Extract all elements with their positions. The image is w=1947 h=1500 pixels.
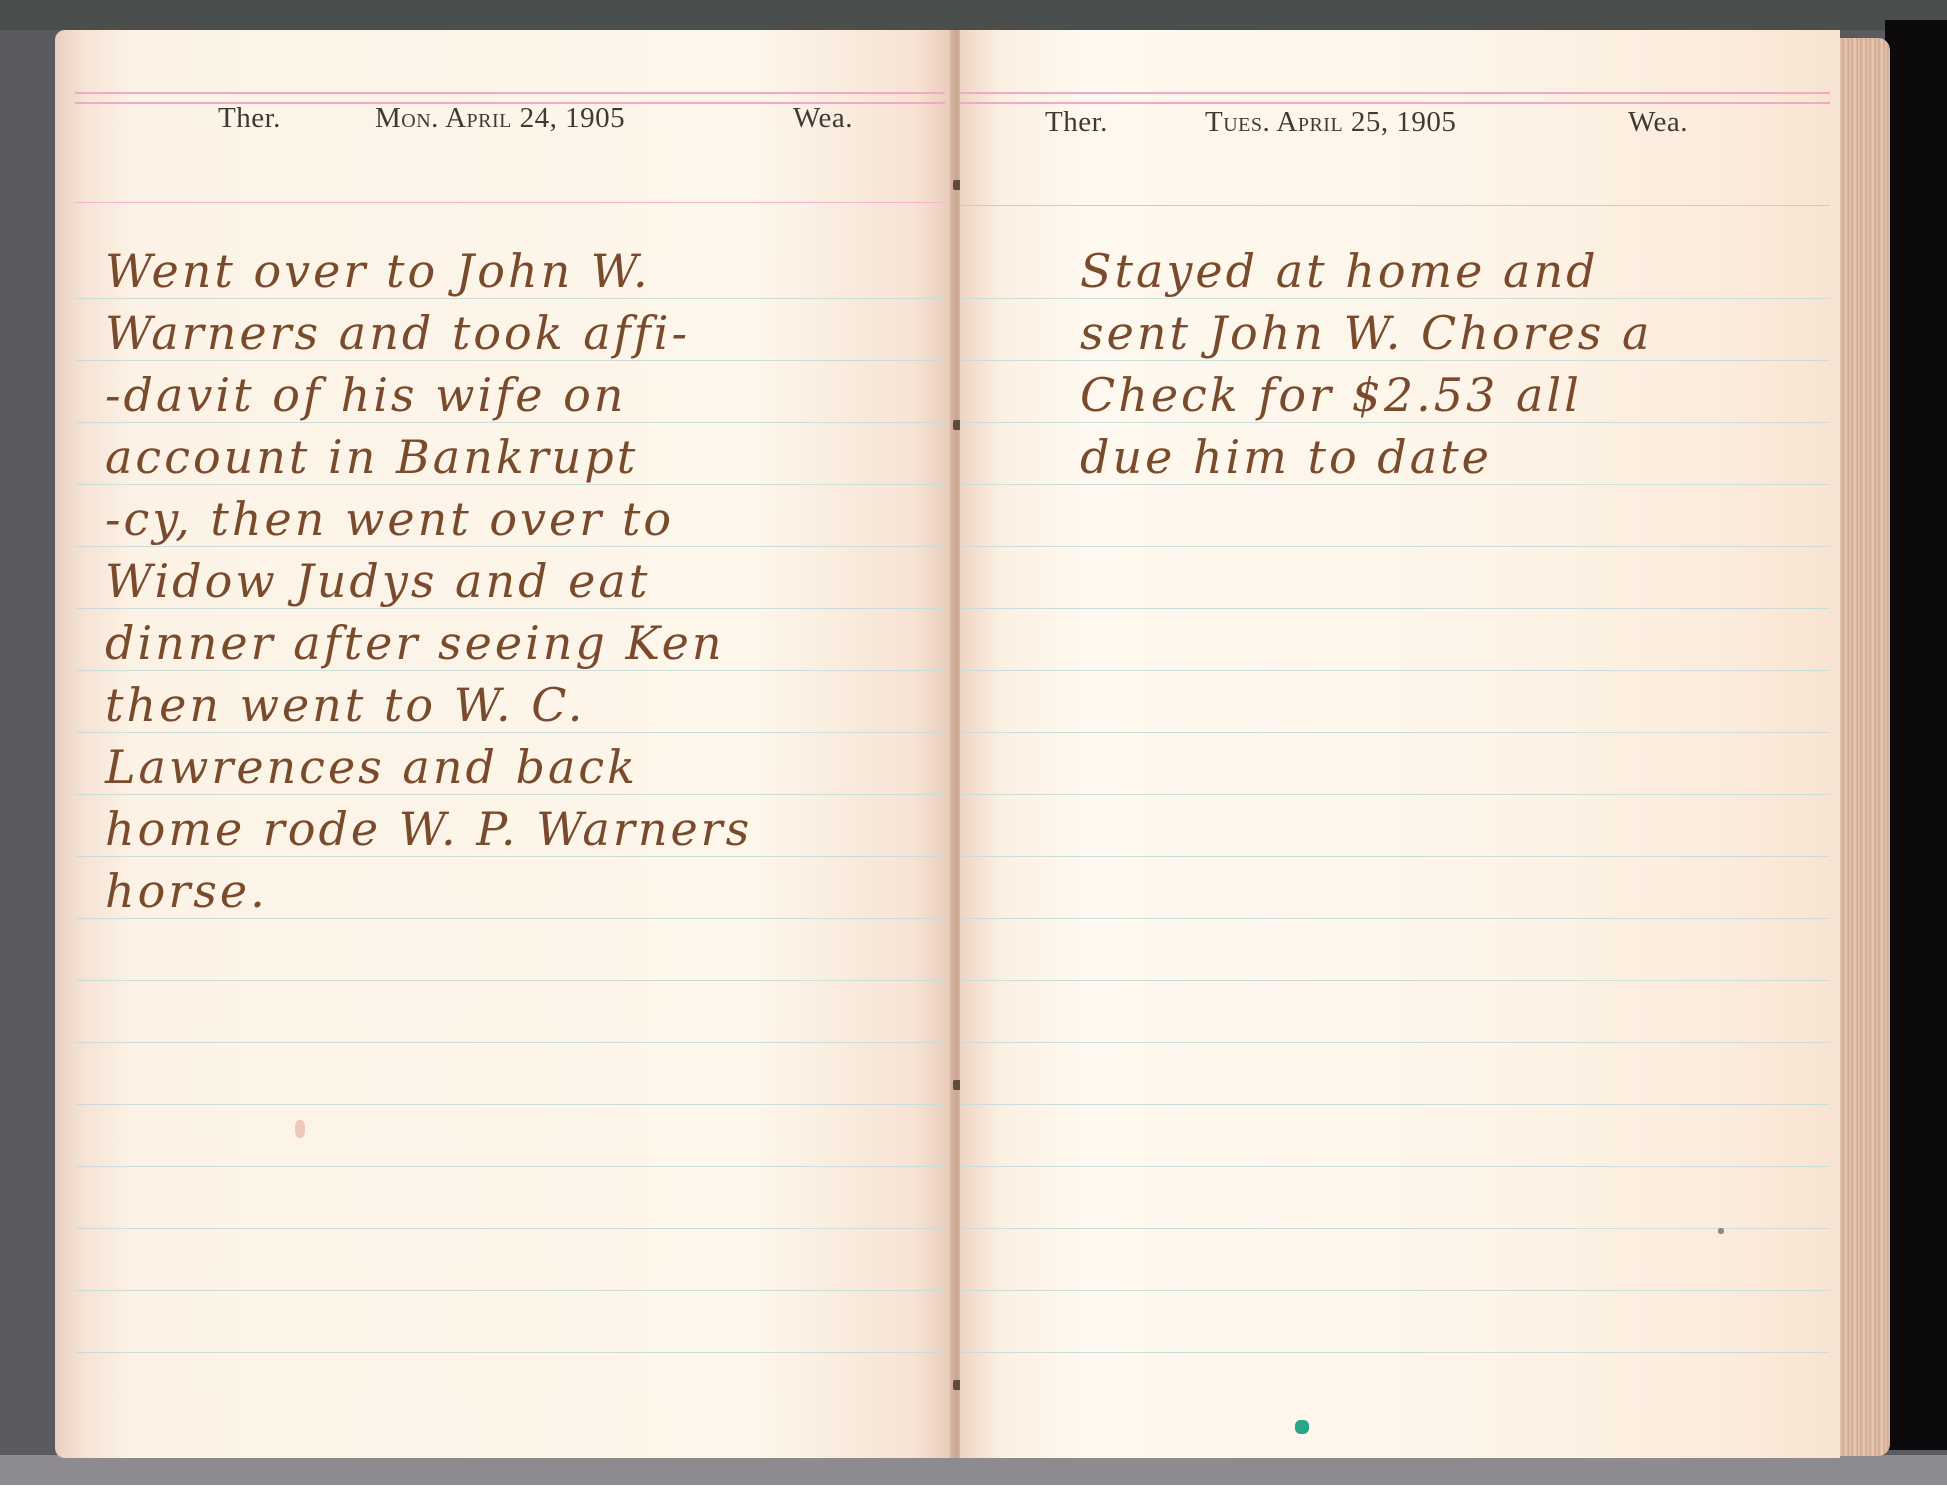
- ruled-line: [960, 1228, 1830, 1229]
- right-handwritten-entry: Stayed at home andsent John W. Chores aC…: [1080, 240, 1652, 488]
- ruled-line: [75, 1166, 945, 1167]
- background-top-edge: [0, 0, 1947, 30]
- weather-label: Wea.: [793, 102, 853, 135]
- entry-line: horse.: [105, 860, 752, 922]
- entry-line: Widow Judys and eat: [105, 550, 752, 612]
- ruled-line: [960, 1104, 1830, 1105]
- ruled-line: [75, 1104, 945, 1105]
- ruled-line: [960, 856, 1830, 857]
- entry-line: account in Bankrupt: [105, 426, 752, 488]
- page-edges: [1840, 38, 1890, 1456]
- ruled-line: [960, 1042, 1830, 1043]
- ruled-line: [75, 1352, 945, 1353]
- left-handwritten-entry: Went over to John W.Warners and took aff…: [105, 240, 752, 922]
- ruled-line: [960, 1166, 1830, 1167]
- ruled-line: [960, 1290, 1830, 1291]
- entry-line: dinner after seeing Ken: [105, 612, 752, 674]
- green-paper-speck: [1295, 1420, 1309, 1434]
- ruled-line: [960, 1352, 1830, 1353]
- entry-line: then went to W. C.: [105, 674, 752, 736]
- paper-speck: [1718, 1228, 1724, 1234]
- ruled-line: [75, 980, 945, 981]
- entry-line: sent John W. Chores a: [1080, 302, 1652, 364]
- ruled-line: [75, 1228, 945, 1229]
- top-double-rule-1: [75, 92, 945, 94]
- ruled-line: [960, 732, 1830, 733]
- entry-line: Lawrences and back: [105, 736, 752, 798]
- weather-label: Wea.: [1628, 106, 1688, 139]
- header-rule: [75, 202, 945, 203]
- header-rule: [960, 205, 1830, 206]
- background-right-shadow: [1885, 20, 1947, 1450]
- entry-line: -davit of his wife on: [105, 364, 752, 426]
- ruled-line: [960, 546, 1830, 547]
- ruled-line: [960, 670, 1830, 671]
- top-double-rule-2: [960, 102, 1830, 104]
- page-date: Mon. April 24, 1905: [375, 102, 625, 135]
- top-double-rule-1: [960, 92, 1830, 94]
- right-page-header: Ther. Tues. April 25, 1905 Wea.: [960, 132, 1840, 172]
- background-bottom-strip: [0, 1485, 1947, 1500]
- ruled-line: [75, 1042, 945, 1043]
- entry-line: due him to date: [1080, 426, 1652, 488]
- entry-line: -cy, then went over to: [105, 488, 752, 550]
- entry-line: home rode W. P. Warners: [105, 798, 752, 860]
- ruled-line: [960, 980, 1830, 981]
- entry-line: Warners and took affi-: [105, 302, 752, 364]
- thermometer-label: Ther.: [218, 102, 281, 135]
- background-bottom-edge: [0, 1455, 1947, 1485]
- entry-line: Went over to John W.: [105, 240, 752, 302]
- right-page: Ther. Tues. April 25, 1905 Wea. Stayed a…: [960, 30, 1840, 1458]
- entry-line: Check for $2.53 all: [1080, 364, 1652, 426]
- open-diary: Ther. Mon. April 24, 1905 Wea. Went over…: [55, 30, 1885, 1458]
- ruled-line: [75, 1290, 945, 1291]
- page-date: Tues. April 25, 1905: [1205, 106, 1456, 139]
- ruled-line: [960, 794, 1830, 795]
- left-page: Ther. Mon. April 24, 1905 Wea. Went over…: [55, 30, 955, 1458]
- ruled-line: [960, 918, 1830, 919]
- left-page-header: Ther. Mon. April 24, 1905 Wea.: [55, 132, 955, 172]
- entry-line: Stayed at home and: [1080, 240, 1652, 302]
- paper-stain: [295, 1120, 305, 1138]
- ruled-line: [960, 608, 1830, 609]
- thermometer-label: Ther.: [1045, 106, 1108, 139]
